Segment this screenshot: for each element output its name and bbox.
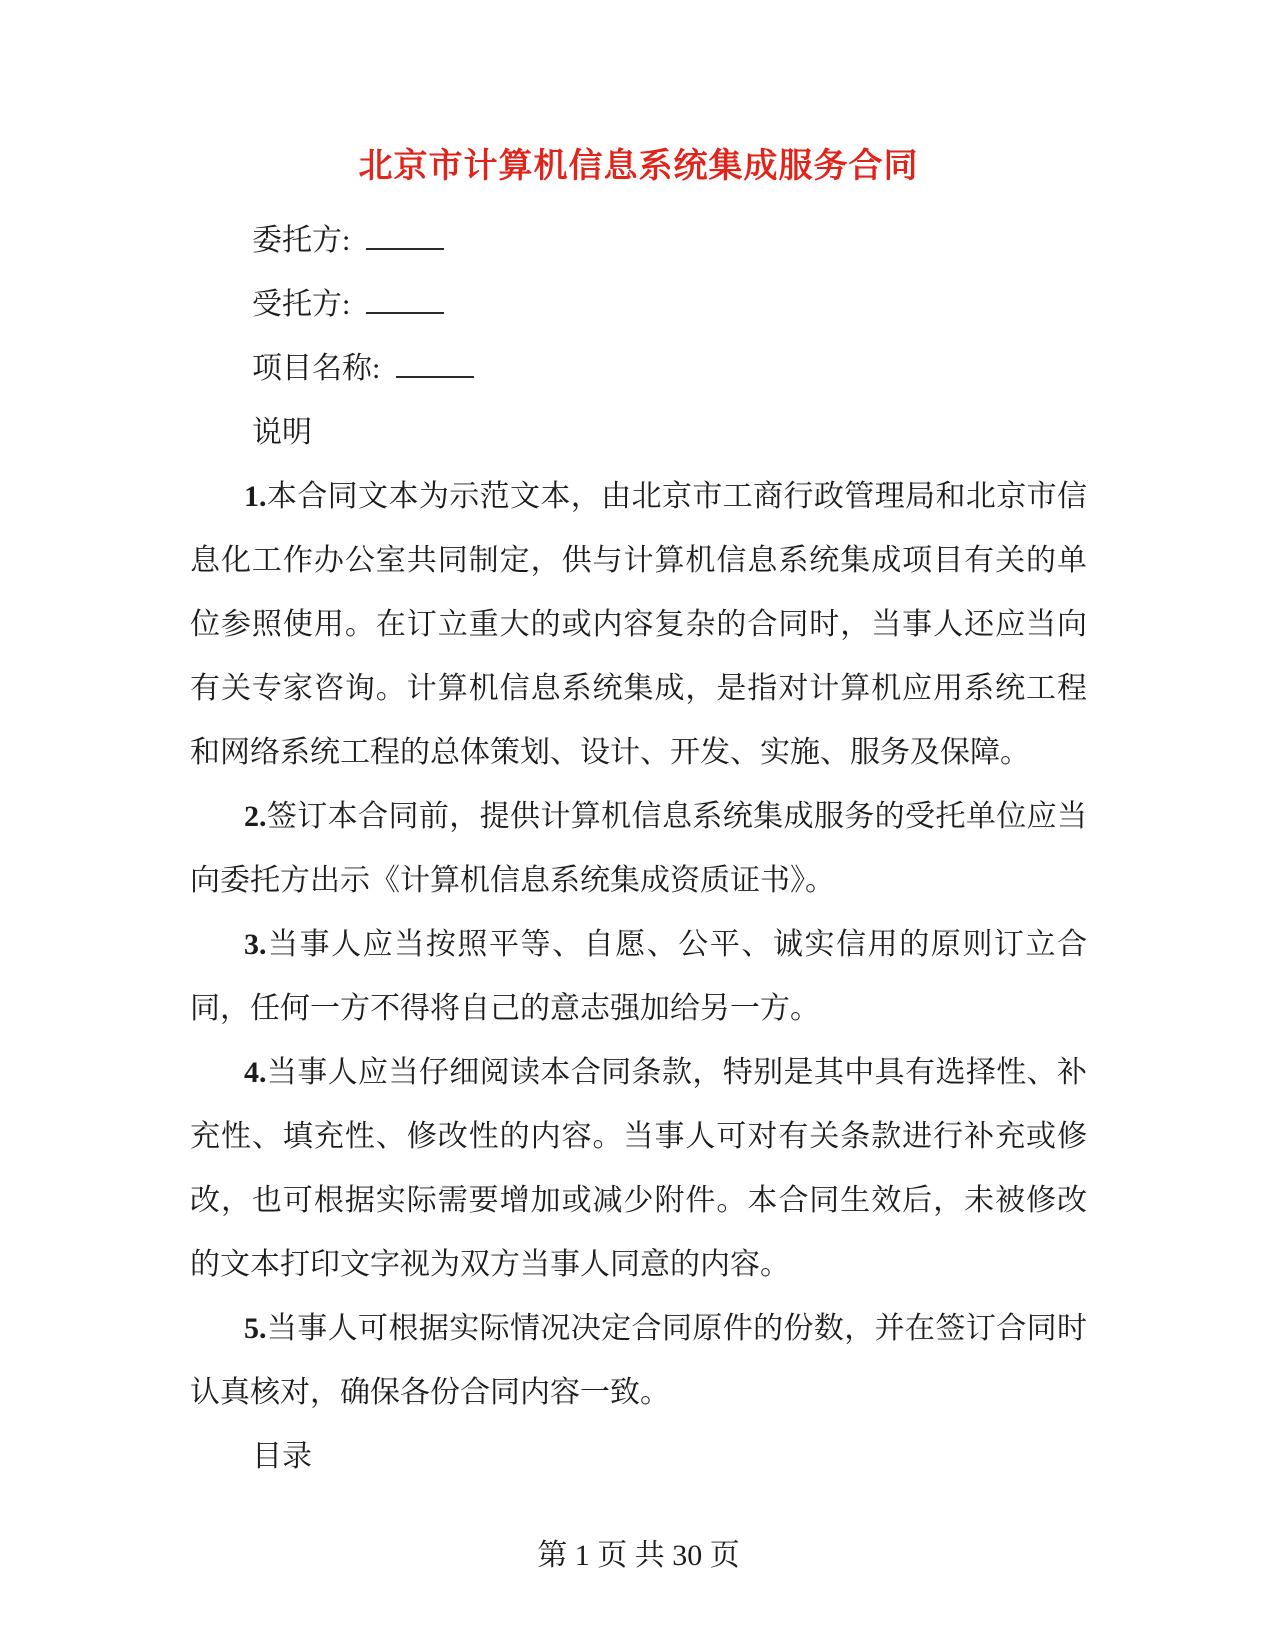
page-footer: 第 1 页 共 30 页 <box>190 1524 1087 1588</box>
explanation-paragraph-4: 4.当事人应当仔细阅读本合同条款，特别是其中具有选择性、补充性、填充性、修改性的… <box>190 1041 1087 1297</box>
field-project-name-label: 项目名称: <box>252 352 380 385</box>
field-trustee-blank-underline <box>366 282 444 314</box>
document-page: 北京市计算机信息系统集成服务合同 委托方: 受托方: 项目名称: 说明 1.本合… <box>0 0 1275 1650</box>
explanation-paragraph-3: 3.当事人应当按照平等、自愿、公平、诚实信用的原则订立合同，任何一方不得将自己的… <box>190 913 1087 1041</box>
explanation-paragraph-1: 1.本合同文本为示范文本，由北京市工商行政管理局和北京市信息化工作办公室共同制定… <box>190 465 1087 785</box>
field-client-blank-underline <box>366 218 444 250</box>
paragraph-text: 当事人可根据实际情况决定合同原件的份数，并在签订合同时认真核对，确保各份合同内容… <box>190 1312 1087 1409</box>
field-project-name-blank-underline <box>396 346 474 378</box>
paragraph-text: 签订本合同前，提供计算机信息系统集成服务的受托单位应当向委托方出示《计算机信息系… <box>190 800 1087 897</box>
field-project-name-line: 项目名称: <box>190 337 1087 401</box>
field-trustee-label: 受托方: <box>252 288 350 321</box>
paragraph-number: 5. <box>244 1312 267 1345</box>
paragraph-text: 本合同文本为示范文本，由北京市工商行政管理局和北京市信息化工作办公室共同制定，供… <box>190 480 1087 769</box>
field-client-line: 委托方: <box>190 209 1087 273</box>
document-content: 北京市计算机信息系统集成服务合同 委托方: 受托方: 项目名称: 说明 1.本合… <box>190 146 1087 1489</box>
paragraph-text: 当事人应当按照平等、自愿、公平、诚实信用的原则订立合同，任何一方不得将自己的意志… <box>190 928 1087 1025</box>
toc-heading: 目录 <box>190 1425 1087 1489</box>
explanation-paragraph-2: 2.签订本合同前，提供计算机信息系统集成服务的受托单位应当向委托方出示《计算机信… <box>190 785 1087 913</box>
paragraph-number: 3. <box>244 928 267 961</box>
explanation-paragraph-5: 5.当事人可根据实际情况决定合同原件的份数，并在签订合同时认真核对，确保各份合同… <box>190 1297 1087 1425</box>
document-title: 北京市计算机信息系统集成服务合同 <box>190 146 1087 186</box>
paragraph-number: 2. <box>244 800 267 833</box>
field-trustee-line: 受托方: <box>190 273 1087 337</box>
paragraph-number: 4. <box>244 1056 267 1089</box>
explanation-heading: 说明 <box>190 401 1087 465</box>
paragraph-number: 1. <box>244 480 267 513</box>
paragraph-text: 当事人应当仔细阅读本合同条款，特别是其中具有选择性、补充性、填充性、修改性的内容… <box>190 1056 1087 1281</box>
field-client-label: 委托方: <box>252 224 350 257</box>
